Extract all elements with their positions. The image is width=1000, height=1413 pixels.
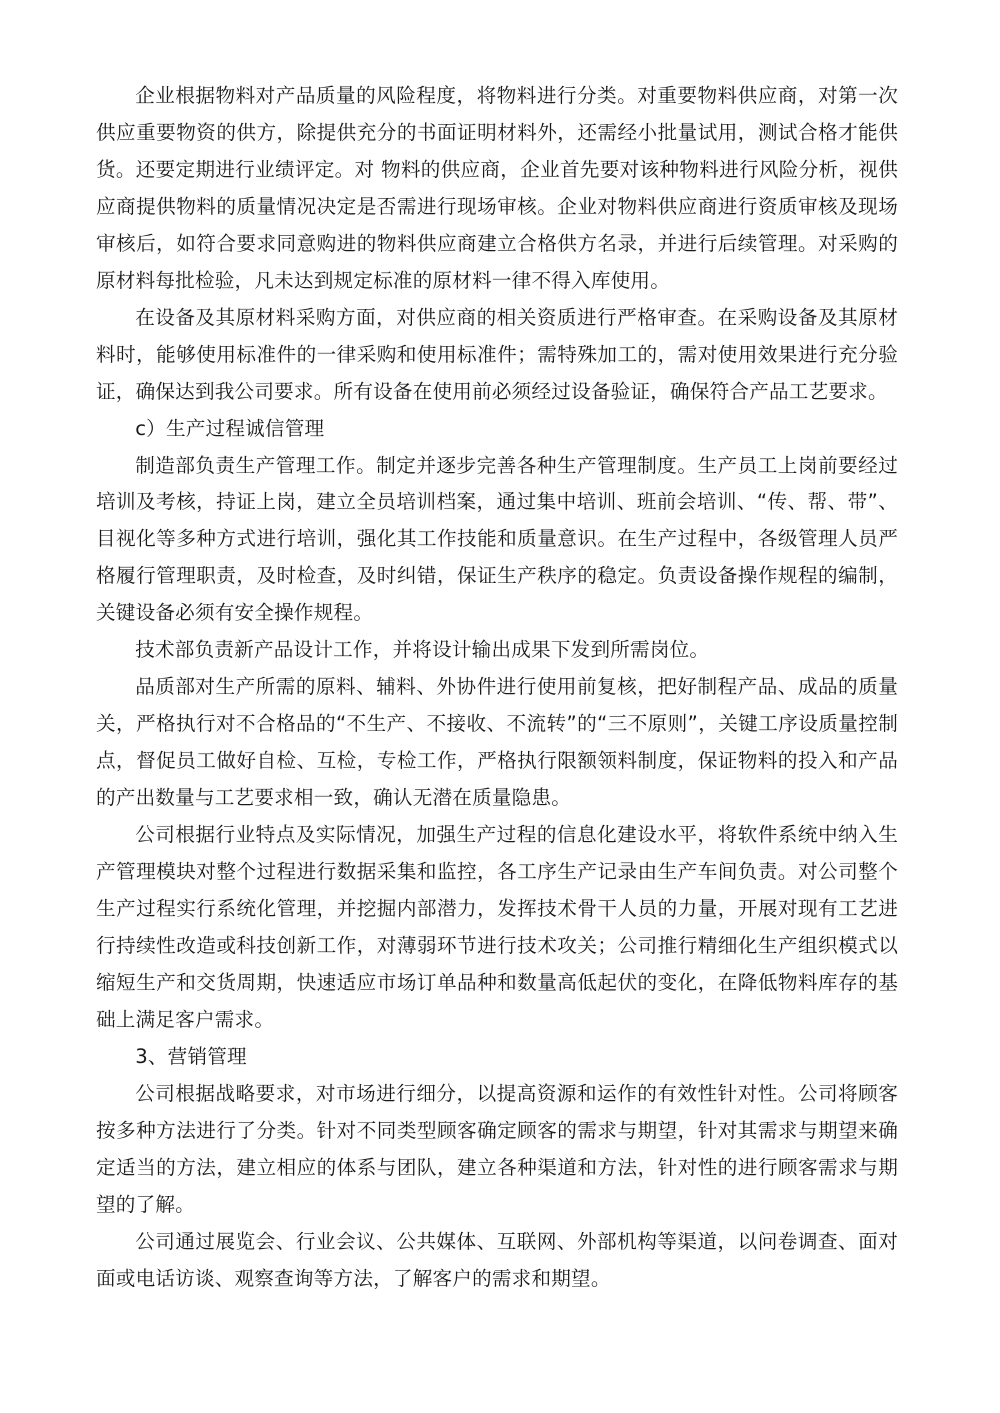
paragraph-production-informatization: 公司根据行业特点及实际情况，加强生产过程的信息化建设水平，将软件系统中纳入生产管… (96, 817, 898, 1039)
paragraph-customer-needs-channels: 公司通过展览会、行业会议、公共媒体、互联网、外部机构等渠道，以问卷调查、面对面或… (96, 1224, 898, 1298)
paragraph-quality-dept: 品质部对生产所需的原料、辅料、外协件进行使用前复核，把好制程产品、成品的质量关，… (96, 669, 898, 817)
section-heading-marketing-management: 3、营销管理 (96, 1039, 898, 1076)
paragraph-equipment-procurement: 在设备及其原材料采购方面，对供应商的相关资质进行严格审查。在采购设备及其原材料时… (96, 300, 898, 411)
section-heading-production-integrity: c）生产过程诚信管理 (96, 411, 898, 448)
paragraph-market-segmentation: 公司根据战略要求，对市场进行细分，以提高资源和运作的有效性针对性。公司将顾客按多… (96, 1076, 898, 1224)
paragraph-supplier-material-classification: 企业根据物料对产品质量的风险程度，将物料进行分类。对重要物料供应商，对第一次供应… (96, 78, 898, 300)
paragraph-technical-dept: 技术部负责新产品设计工作，并将设计输出成果下发到所需岗位。 (96, 632, 898, 669)
document-page: 企业根据物料对产品质量的风险程度，将物料进行分类。对重要物料供应商，对第一次供应… (96, 78, 898, 1297)
paragraph-manufacturing-dept: 制造部负责生产管理工作。制定并逐步完善各种生产管理制度。生产员工上岗前要经过培训… (96, 448, 898, 633)
